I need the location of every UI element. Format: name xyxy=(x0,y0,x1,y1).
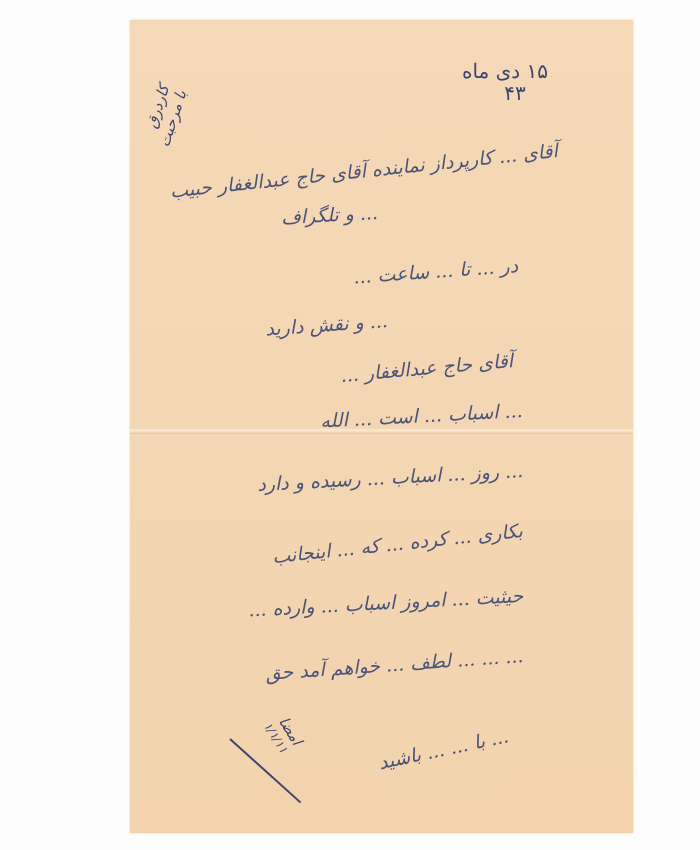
margin-note: کاردرق با مرحبت xyxy=(138,82,190,149)
signature: امضا ۱/۱/۱۱ xyxy=(261,710,306,756)
letter-line-5: آقای حاج عبدالغفار ... xyxy=(340,350,514,387)
date-day-month: ۱۵ دی ماه xyxy=(460,60,550,82)
letter-line-8: بکاری ... کرده ... که ... اینجانب xyxy=(272,520,525,568)
letter-line-10: ... ... ... لطف ... خواهم آمد حق xyxy=(265,645,524,685)
date-year: ۴۳ xyxy=(460,82,550,104)
letter-line-1: آقای ... کارپرداز نماینده آقای حاج عبدال… xyxy=(169,140,559,203)
letter-paper: کاردرق با مرحبت ۱۵ دی ماه ۴۳ آقای ... کا… xyxy=(130,20,633,833)
letter-line-3: در ... تا ... ساعت ... xyxy=(353,255,519,288)
letter-line-7: ... روز ... اسباب ... رسیده و دارد xyxy=(257,460,524,496)
letter-line-11: ... با ... ... باشید xyxy=(376,725,510,774)
letter-line-9: حیثیت ... امروز اسباب ... وارده ... xyxy=(248,585,524,621)
letter-line-2: ... و تلگراف xyxy=(281,202,379,229)
letter-line-4: ... و نقش دارید xyxy=(265,310,389,341)
letter-date: ۱۵ دی ماه ۴۳ xyxy=(460,60,550,104)
